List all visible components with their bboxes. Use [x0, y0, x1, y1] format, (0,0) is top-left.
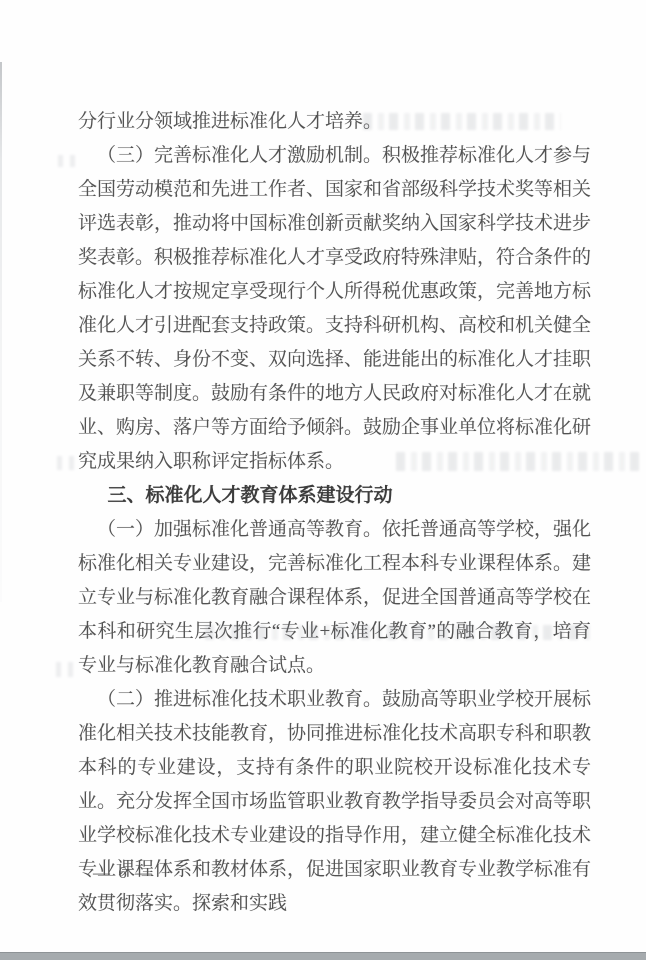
- document-body: 分行业分领域推进标准化人才培养。 （三）完善标准化人才激励机制。积极推荐标准化人…: [78, 105, 591, 921]
- bleedthrough-artifact-heading-right: [396, 452, 642, 471]
- bleedthrough-artifact-top: [363, 113, 561, 130]
- scanned-document-page: 分行业分领域推进标准化人才培养。 （三）完善标准化人才激励机制。积极推荐标准化人…: [0, 0, 646, 960]
- paragraph-item-2-vocational-education: （二）推进标准化技术职业教育。鼓励高等职业学校开展标准化相关技术技能教育，协同推…: [78, 683, 591, 921]
- page-number: — 6 —: [93, 863, 154, 883]
- scan-edge-bottom: [0, 952, 646, 960]
- scan-edge-left: [0, 62, 2, 602]
- paragraph-item-1-higher-education: （一）加强标准化普通高等教育。依托普通高等学校，强化标准化相关专业建设，完善标准…: [78, 513, 591, 683]
- paragraph-item-3-incentive-mechanism: （三）完善标准化人才激励机制。积极推荐标准化人才参与全国劳动模范和先进工作者、国…: [78, 139, 591, 479]
- section-heading-education-system: 三、标准化人才教育体系建设行动: [78, 479, 591, 513]
- bleedthrough-artifact-left-margin-2: [58, 155, 76, 167]
- bleedthrough-artifact-midpage: [205, 625, 593, 640]
- bleedthrough-artifact-heading-left: [57, 456, 79, 470]
- bleedthrough-artifact-left-margin: [56, 662, 80, 677]
